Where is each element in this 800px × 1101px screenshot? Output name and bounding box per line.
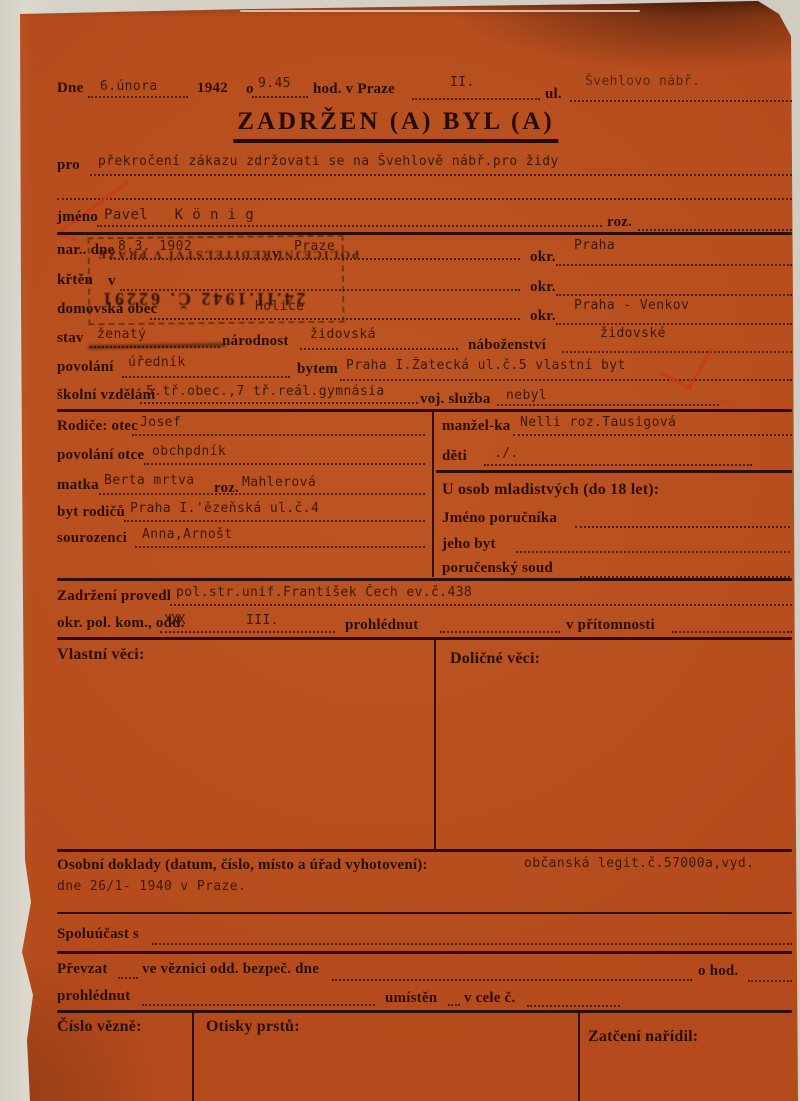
dotted-line bbox=[252, 96, 308, 98]
rule bbox=[57, 578, 792, 581]
dotted-line bbox=[484, 464, 752, 466]
label-krten: křtěn bbox=[57, 272, 93, 289]
label-okr: okr. bbox=[530, 249, 556, 266]
dotted-line bbox=[412, 98, 540, 100]
label-dne: Dne bbox=[57, 80, 83, 97]
label-v-cele-c: v cele č. bbox=[464, 990, 515, 1007]
dotted-line bbox=[170, 604, 792, 606]
label-matka: matka bbox=[57, 477, 99, 494]
label-spoluucast: Spoluúčast s bbox=[57, 926, 139, 943]
dotted-line bbox=[562, 351, 792, 353]
label-prohlednut: prohlédnut bbox=[345, 617, 418, 634]
value-sourozenci: Anna,Arnošt bbox=[142, 527, 233, 542]
dotted-line bbox=[497, 404, 719, 406]
label-stav: stav bbox=[57, 330, 84, 347]
value-jmeno: Pavel K ö n i g bbox=[104, 207, 254, 223]
dotted-line bbox=[160, 631, 335, 633]
label-zatceni-naridil: Zatčení nařídil: bbox=[588, 1028, 698, 1046]
dotted-line bbox=[132, 434, 425, 436]
label-v-pritomnosti: v přítomnosti bbox=[566, 617, 655, 634]
value-doklady: občanská legit.č.57000a,vyd. bbox=[524, 856, 754, 871]
label-bytem: bytem bbox=[297, 361, 338, 378]
label-sourozenci: sourozenci bbox=[57, 530, 127, 547]
value-pro: překročení zákazu zdržovati se na Švehlo… bbox=[98, 154, 559, 169]
value-skola: 5.tř.obec.,7 tř.reál.gymnásia bbox=[146, 384, 385, 399]
label-zadrzeni-provedl: Zadržení provedl bbox=[57, 588, 171, 605]
label-mladistvi-heading: U osob mladistvých (do 18 let): bbox=[442, 481, 659, 499]
label-narodnost: národnost bbox=[222, 333, 289, 350]
dotted-line bbox=[748, 980, 792, 982]
dotted-line bbox=[99, 493, 425, 495]
dotted-line bbox=[122, 376, 290, 378]
label-otisky-prstu: Otisky prstů: bbox=[206, 1018, 300, 1036]
label-nabozenstvi: náboženství bbox=[468, 337, 546, 354]
rule bbox=[57, 951, 792, 954]
value-matka: Berta mrtva bbox=[104, 473, 195, 488]
value-manzelka: Nelli roz.Tausigová bbox=[520, 415, 676, 430]
dotted-line bbox=[118, 977, 138, 979]
value-zadrzeni-provedl: pol.str.unif.František Čech ev.č.438 bbox=[176, 585, 472, 600]
value-district: II. bbox=[450, 75, 475, 90]
label-domovska-obec: domovská obec bbox=[57, 301, 158, 318]
dotted-line bbox=[570, 100, 792, 102]
rule bbox=[57, 637, 792, 640]
label-osobni-doklady: Osobní doklady (datum, číslo, místo a úř… bbox=[57, 857, 428, 874]
label-jeho-byt: jeho byt bbox=[442, 536, 496, 553]
column-divider bbox=[432, 412, 434, 577]
label-prohlednut-2: prohlédnut bbox=[57, 988, 130, 1005]
column-divider bbox=[434, 637, 436, 849]
label-povolani-otce: povolání otce bbox=[57, 447, 144, 464]
value-deti: ./. bbox=[494, 446, 519, 461]
value-obec: Holice bbox=[255, 299, 304, 314]
dotted-line bbox=[110, 258, 520, 260]
label-v: v bbox=[108, 273, 116, 290]
dotted-line bbox=[513, 434, 792, 436]
dotted-line bbox=[556, 323, 792, 325]
value-povolani-otce: obchpdník bbox=[152, 444, 226, 459]
dotted-line bbox=[440, 631, 560, 633]
value-nar-place: Praze bbox=[294, 239, 335, 254]
label-porucensky-soud: poručenský soud bbox=[442, 560, 553, 577]
column-divider bbox=[192, 1010, 194, 1101]
label-v: v bbox=[272, 246, 280, 263]
dotted-line bbox=[57, 198, 792, 200]
dotted-line bbox=[152, 943, 792, 945]
value-byt-rodicu: Praha I.'ězeňská ul.č.4 bbox=[130, 501, 319, 516]
label-byt-rodicu: byt rodičů bbox=[57, 504, 125, 521]
dotted-line bbox=[575, 526, 790, 528]
rule bbox=[57, 912, 792, 914]
value-povolani: úředník bbox=[128, 355, 186, 370]
dotted-line bbox=[124, 520, 425, 522]
label-rodice-otec: Rodiče: otec bbox=[57, 418, 138, 435]
rule bbox=[57, 1010, 792, 1013]
dotted-line bbox=[638, 229, 792, 231]
scan-background: Dne 6.února 1942 o 9.45 hod. v Praze II.… bbox=[0, 0, 800, 1101]
dotted-line bbox=[120, 289, 520, 291]
strike-xxx: XXX bbox=[164, 613, 184, 628]
label-hod-v-praze: hod. v Praze bbox=[313, 81, 395, 98]
value-narodnost: židovská bbox=[310, 327, 376, 342]
dotted-line bbox=[144, 463, 425, 465]
dotted-line bbox=[88, 96, 188, 98]
label-jmeno: jméno bbox=[57, 209, 98, 226]
label-voj-sluzba: voj. služba bbox=[420, 391, 491, 408]
value-okr-obec: Praha - Venkov bbox=[574, 298, 689, 313]
value-bytem: Praha I.Žatecká ul.č.5 vlastní byt bbox=[346, 358, 626, 373]
rule bbox=[57, 409, 792, 412]
dotted-line bbox=[135, 546, 425, 548]
rule bbox=[436, 470, 792, 473]
label-roz: roz. bbox=[607, 214, 632, 231]
value-stav: ženatý bbox=[97, 327, 146, 342]
value-okr: Praha bbox=[574, 238, 615, 253]
dotted-line bbox=[150, 318, 520, 320]
value-matka-roz: Mahlerová bbox=[242, 475, 316, 490]
value-doklady-2: dne 26/1- 1940 v Praze. bbox=[57, 879, 246, 894]
value-nabozenstvi: židovské bbox=[600, 326, 666, 341]
value-nar-date: 8.3. 1902 bbox=[118, 239, 192, 254]
label-prevzat: Převzat bbox=[57, 961, 108, 978]
label-nar-dne: nar.. dne bbox=[57, 242, 115, 259]
label-umisten: umístěn bbox=[385, 990, 437, 1007]
label-dolicne-veci: Doličné věci: bbox=[450, 650, 540, 668]
label-deti: děti bbox=[442, 448, 467, 465]
value-street: Švehlovo nábř. bbox=[585, 74, 700, 89]
dotted-line bbox=[142, 1004, 375, 1006]
label-o-hod: o hod. bbox=[698, 963, 738, 980]
dotted-line bbox=[90, 174, 792, 176]
dotted-line bbox=[300, 348, 458, 350]
dotted-line bbox=[516, 551, 790, 553]
label-cislo-vezne: Číslo vězně: bbox=[57, 1018, 142, 1036]
value-time: 9.45 bbox=[258, 76, 291, 91]
label-jmeno-porucnika: Jméno poručníka bbox=[442, 510, 557, 527]
dotted-line bbox=[332, 979, 692, 981]
value-otec: Josef bbox=[140, 415, 181, 430]
column-divider bbox=[578, 1010, 580, 1101]
dotted-line bbox=[556, 264, 792, 266]
value-voj: nebyl bbox=[506, 388, 547, 403]
dotted-line bbox=[556, 294, 792, 296]
dotted-line bbox=[140, 402, 418, 404]
rule bbox=[57, 232, 792, 235]
form-title: ZADRŽEN (A) BYL (A) bbox=[233, 108, 558, 143]
value-date: 6.února bbox=[100, 79, 158, 94]
dotted-line bbox=[527, 1005, 620, 1007]
label-povolani: povolání bbox=[57, 359, 114, 376]
rule bbox=[57, 849, 792, 852]
label-pro: pro bbox=[57, 157, 80, 174]
label-ve-veznici: ve věznici odd. bezpeč. dne bbox=[142, 961, 319, 978]
value-oddeleni: III. bbox=[246, 613, 279, 628]
label-year: 1942 bbox=[197, 80, 228, 97]
paper-top-crack bbox=[240, 10, 640, 12]
label-vlastni-veci: Vlastní věci: bbox=[57, 646, 144, 664]
label-okr: okr. bbox=[530, 279, 556, 296]
label-okr: okr. bbox=[530, 308, 556, 325]
dotted-line bbox=[340, 379, 792, 381]
dotted-line bbox=[97, 225, 602, 227]
label-manzelka: manžel-ka bbox=[442, 418, 510, 435]
label-ul: ul. bbox=[545, 86, 562, 103]
dotted-line bbox=[448, 1004, 460, 1006]
dotted-line bbox=[672, 631, 792, 633]
